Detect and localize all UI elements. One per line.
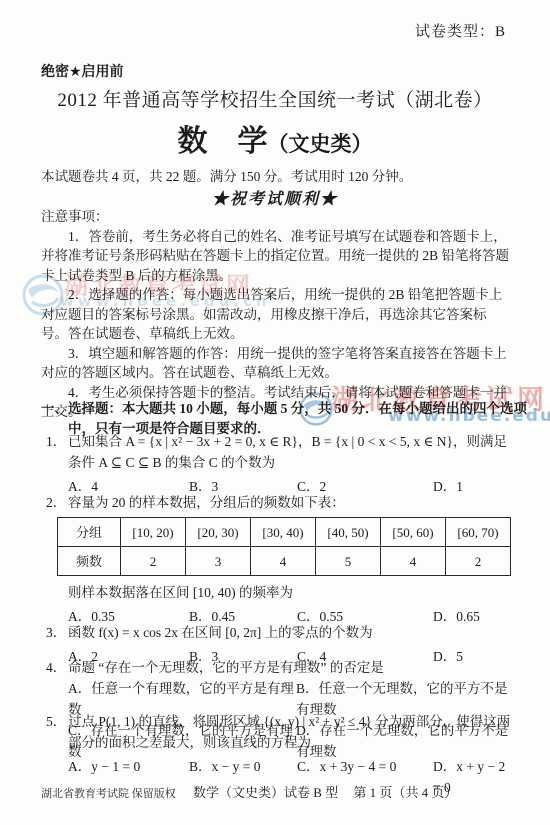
- table-cell: 4: [251, 547, 316, 576]
- exam-title: 2012 年普通高等学校招生全国统一考试（湖北卷）: [0, 85, 550, 112]
- question-number: 3．: [46, 622, 66, 643]
- exam-paper-page: 湖北教育考试网 www.hbee.edu.cn 湖北教育考试网 www.hbee…: [0, 0, 550, 825]
- subject-title: 数 学（文史类）: [0, 116, 550, 160]
- table-cell: 5: [316, 547, 381, 576]
- paper-type-label: 试卷类型：B: [415, 20, 506, 41]
- paper-info-line: 本试题卷共 4 页，共 22 题。满分 150 分。考试用时 120 分钟。: [41, 165, 412, 185]
- notice-item: 1．答卷前，考生务必将自己的姓名、准考证号填写在试题卷和答题卡上，并将准考证号条…: [41, 227, 511, 286]
- table-cell: 4: [381, 547, 446, 576]
- table-cell: 分组: [58, 518, 121, 547]
- question-text: 函数 f(x) = x cos 2x 在区间 [0, 2π] 上的零点的个数为: [41, 622, 513, 643]
- frequency-table: 分组 [10, 20) [20, 30) [30, 40) [40, 50) […: [57, 517, 511, 576]
- question-2: 2． 容量为 20 的样本数据，分组后的频数如下表： 分组 [10, 20) […: [41, 492, 513, 627]
- table-cell: 频数: [58, 547, 121, 576]
- table-cell: [40, 50): [316, 518, 381, 547]
- question-text: 过点 P(1, 1) 的直线，将圆形区域 {(x, y) | x² + y² ≤…: [41, 711, 513, 753]
- table-cell: [50, 60): [381, 518, 446, 547]
- table-row: 分组 [10, 20) [20, 30) [30, 40) [40, 50) […: [58, 518, 511, 547]
- question-1: 1． 已知集合 A = {x | x² − 3x + 2 = 0, x ∈ R}…: [41, 431, 513, 497]
- classification-label: 绝密★启用前: [41, 61, 124, 81]
- table-cell: [20, 30): [186, 518, 251, 547]
- question-number: 4．: [46, 657, 66, 678]
- table-cell: [30, 40): [251, 518, 316, 547]
- notice-item: 3．填空题和解答题的作答：用统一提供的签字笔将答案直接答在答题卡上对应的答题区域…: [41, 344, 511, 383]
- subject-title-main: 数 学: [178, 125, 268, 158]
- table-cell: [10, 20): [121, 518, 186, 547]
- question-text: 命题 “存在一个无理数，它的平方是有理数” 的否定是: [41, 657, 513, 678]
- question-number: 5．: [46, 711, 66, 732]
- footer-page-number: 第 1 页（共 4 页）: [353, 785, 457, 800]
- question-number: 2．: [46, 492, 66, 513]
- notice-item: 2．选择题的作答：每小题选出答案后，用统一提供的 2B 铅笔把答题卡上对应题目的…: [41, 285, 511, 344]
- notices-heading: 注意事项：: [41, 207, 511, 227]
- section-label: 一、: [41, 401, 68, 416]
- table-cell: 3: [186, 547, 251, 576]
- question-number: 1．: [46, 431, 66, 452]
- page-footer: 湖北省教育考试院 保留版权 数学（文史类）试卷 B 型 第 1 页（共 4 页）: [41, 782, 513, 801]
- footer-paper-name: 数学（文史类）试卷 B 型: [193, 785, 338, 800]
- wish-line: ★祝考试顺利★: [0, 186, 550, 209]
- table-cell: [60, 70): [446, 518, 511, 547]
- question-text: 容量为 20 的样本数据，分组后的频数如下表：: [41, 492, 513, 513]
- table-cell: 2: [121, 547, 186, 576]
- table-cell: 2: [446, 547, 511, 576]
- question-followup-text: 则样本数据落在区间 [10, 40) 的频率为: [41, 582, 513, 603]
- subject-title-sub: （文史类）: [268, 132, 373, 156]
- table-row: 频数 2 3 4 5 4 2: [58, 547, 511, 576]
- footer-copyright: 湖北省教育考试院 保留版权: [41, 788, 176, 800]
- notices-block: 注意事项： 1．答卷前，考生务必将自己的姓名、准考证号填写在试题卷和答题卡上，并…: [41, 207, 511, 422]
- question-text: 已知集合 A = {x | x² − 3x + 2 = 0, x ∈ R}，B …: [41, 431, 513, 473]
